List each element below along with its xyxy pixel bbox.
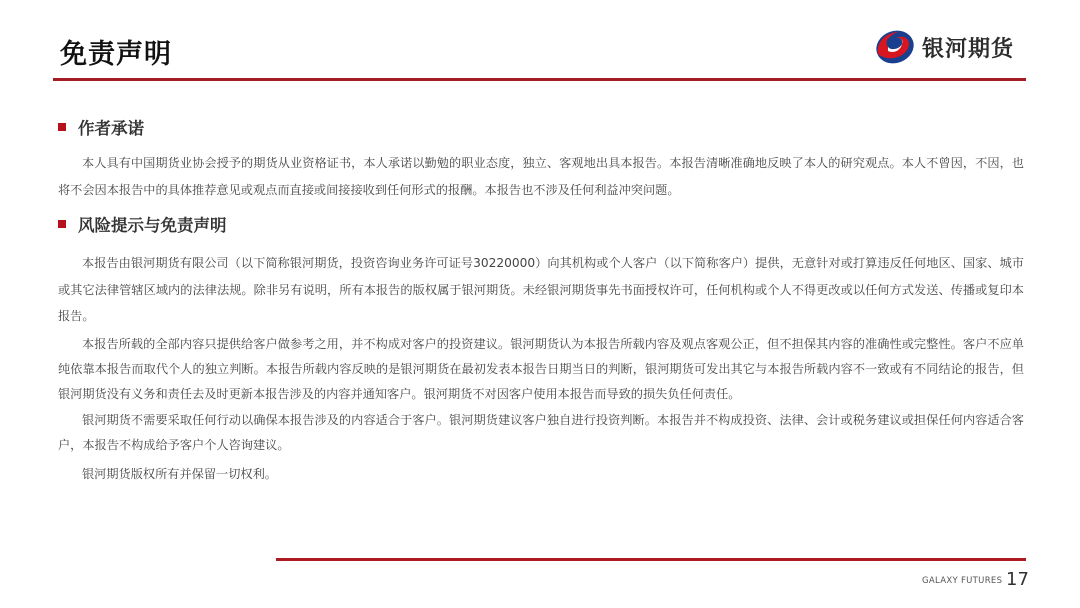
page-title: 免责声明 (60, 32, 172, 71)
disclaimer-paragraph-3: 银河期货不需要采取任何行动以确保本报告涉及的内容适合于客户。银河期货建议客户独自… (58, 408, 1024, 458)
disclaimer-paragraph-4: 银河期货版权所有并保留一切权利。 (58, 462, 1024, 487)
author-commitment-paragraph: 本人具有中国期货业协会授予的期货从业资格证书，本人承诺以勤勉的职业态度，独立、客… (58, 150, 1024, 203)
logo-text: 银河期货 (922, 32, 1014, 63)
header-divider (53, 78, 1026, 81)
square-bullet-icon (58, 220, 66, 228)
footer-brand: GALAXY FUTURES (922, 576, 1002, 586)
section-heading-text: 风险提示与免责声明 (78, 212, 227, 236)
galaxy-futures-logo-icon (874, 28, 916, 66)
section-heading-risk-disclaimer: 风险提示与免责声明 (58, 212, 227, 236)
section-heading-text: 作者承诺 (78, 115, 144, 139)
square-bullet-icon (58, 123, 66, 131)
footer-divider (276, 558, 1026, 561)
page-number: 17 (1006, 569, 1029, 590)
company-logo: 银河期货 (874, 27, 1014, 67)
disclaimer-paragraph-2: 本报告所载的全部内容只提供给客户做参考之用，并不构成对客户的投资建议。银河期货认… (58, 332, 1024, 407)
disclaimer-paragraph-1: 本报告由银河期货有限公司（以下简称银河期货，投资咨询业务许可证号30220000… (58, 250, 1024, 330)
section-heading-author-commitment: 作者承诺 (58, 115, 144, 139)
